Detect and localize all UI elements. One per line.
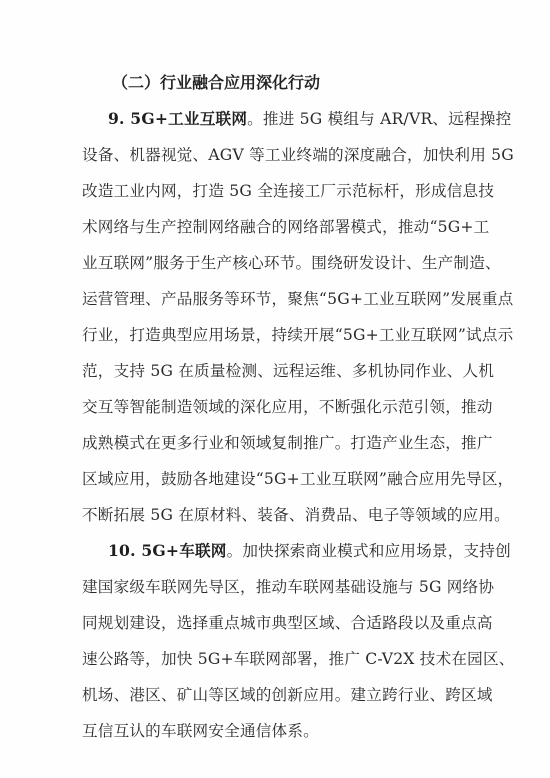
paragraph-line: 改造工业内网，打造 5G 全连接工厂示范标杆，形成信息技: [82, 181, 444, 201]
paragraph-line: 同规划建设，选择重点城市典型区域、合适路段以及重点高: [82, 613, 444, 633]
paragraph-line: 术网络与生产控制网络融合的网络部署模式，推动“5G+工: [82, 217, 444, 237]
paragraph-line: 互信互认的车联网安全通信体系。: [82, 721, 444, 741]
paragraph-line: 建国家级车联网先导区，推动车联网基础设施与 5G 网络协: [82, 577, 444, 597]
paragraph-line: 速公路等，加快 5G+车联网部署，推广 C-V2X 技术在园区、: [82, 649, 444, 669]
paragraph-line: 成熟模式在更多行业和领域复制推广。打造产业生态，推广: [82, 433, 444, 453]
paragraph-line: 不断拓展 5G 在原材料、装备、消费品、电子等领域的应用。: [82, 505, 444, 525]
paragraph-line: 范，支持 5G 在质量检测、远程运维、多机协同作业、人机: [82, 361, 444, 381]
document-page: （二）行业融合应用深化行动 9. 5G+工业互联网。推进 5G 模组与 AR/V…: [0, 0, 550, 778]
item-title: 9. 5G+工业互联网: [108, 109, 247, 128]
section-heading: （二）行业融合应用深化行动: [112, 73, 320, 93]
item-9-first-line: 9. 5G+工业互联网。推进 5G 模组与 AR/VR、远程操控: [108, 109, 444, 129]
paragraph-line: 运营管理、产品服务等环节，聚焦“5G+工业互联网”发展重点: [82, 289, 444, 309]
paragraph-line: 业互联网”服务于生产核心环节。围绕研发设计、生产制造、: [82, 253, 444, 273]
paragraph-line: 机场、港区、矿山等区域的创新应用。建立跨行业、跨区域: [82, 685, 444, 705]
paragraph-line: 区域应用，鼓励各地建设“5G+工业互联网”融合应用先导区，: [82, 469, 444, 489]
item-title: 10. 5G+车联网: [108, 541, 227, 560]
paragraph-line: 设备、机器视觉、AGV 等工业终端的深度融合，加快利用 5G: [82, 145, 444, 165]
item-10-first-line: 10. 5G+车联网。加快探索商业模式和应用场景，支持创: [108, 541, 444, 561]
paragraph-line: 交互等智能制造领域的深化应用，不断强化示范引领，推动: [82, 397, 444, 417]
paragraph-line: 行业，打造典型应用场景，持续开展“5G+工业互联网”试点示: [82, 325, 444, 345]
